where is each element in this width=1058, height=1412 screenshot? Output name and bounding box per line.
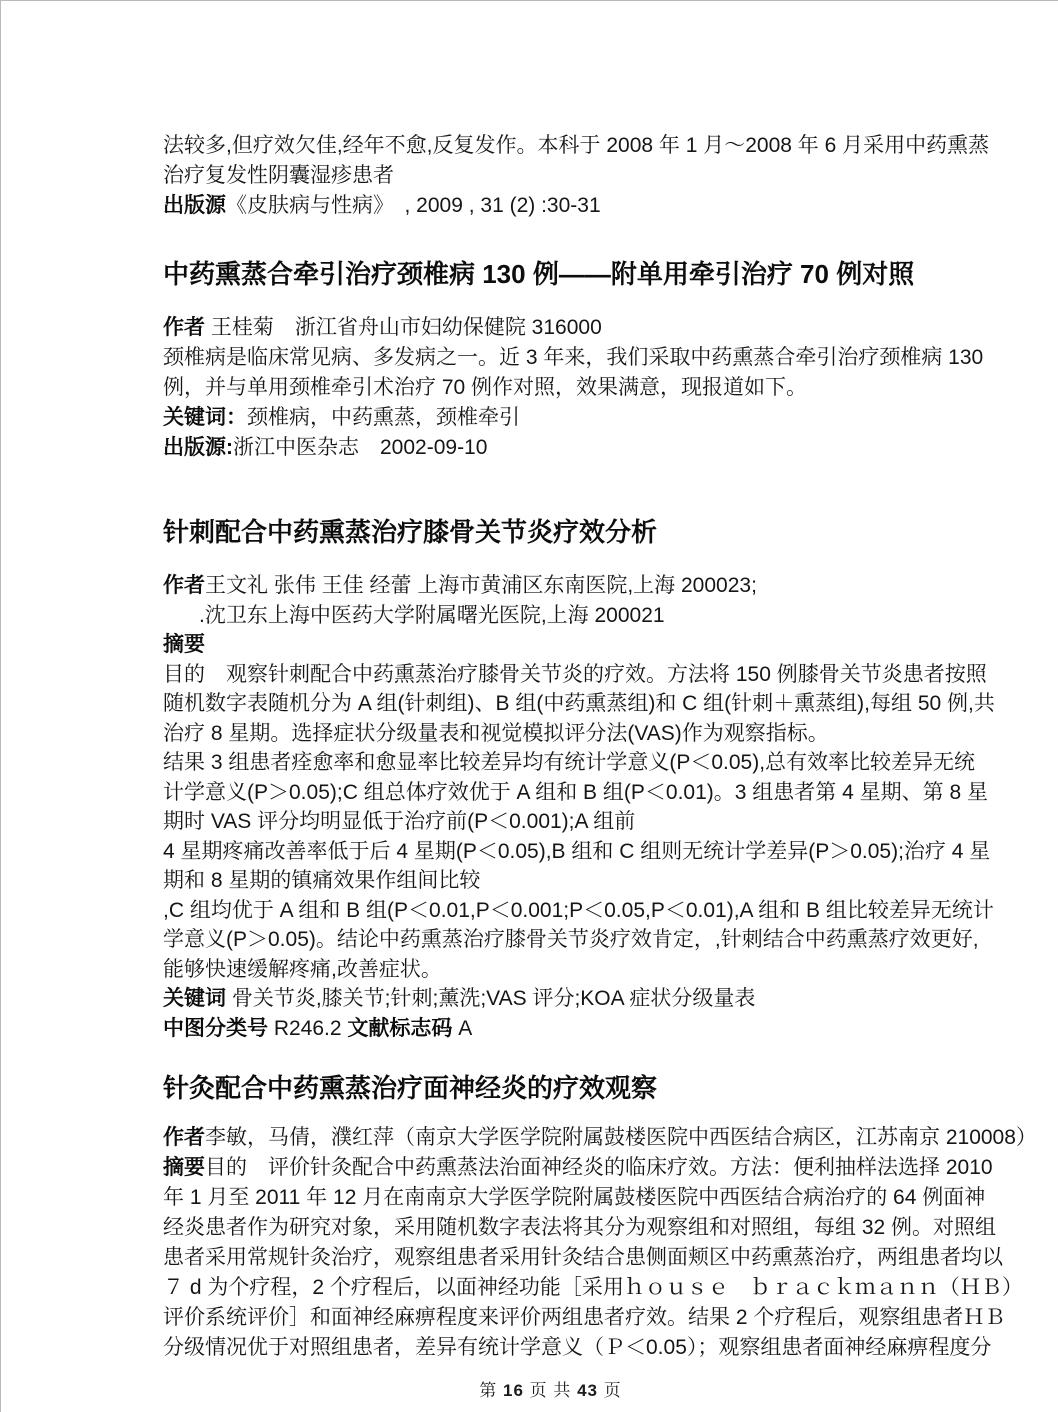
abstract-line: 结果 3 组患者痊愈率和愈显率比较差异均有统计学意义(P＜0.05),总有效率比… — [163, 748, 938, 778]
author-line: 作者 王桂菊 浙江省舟山市妇幼保健院 316000 — [163, 313, 938, 343]
source-line: 出版源:浙江中医杂志 2002-09-10 — [163, 433, 938, 463]
abstract-label-line: 摘要 — [163, 630, 938, 660]
author-value: 李敏，马倩，濮红萍（南京大学医学院附属鼓楼医院中西医结合病区，江苏南京 2100… — [205, 1126, 1037, 1149]
footer-mid: 页 共 — [524, 1381, 577, 1400]
author-value: 王文礼 张伟 王佳 经蕾 上海市黄浦区东南医院,上海 200023; — [205, 574, 757, 597]
article-title: 针刺配合中药熏蒸治疗膝骨关节炎疗效分析 — [163, 513, 938, 551]
source-label: 出版源 — [163, 194, 226, 217]
abstract-line: 摘要目的 评价针灸配合中药熏蒸法治面神经炎的临床疗效。方法：便利抽样法选择 20… — [163, 1153, 938, 1183]
abstract-line: 分级情况优于对照组患者，差异有统计学意义（Ｐ＜0.05）；观察组患者面神经麻痹程… — [163, 1333, 938, 1363]
page-footer: 第 16 页 共 43 页 — [163, 1379, 938, 1403]
abstract-line: ,C 组均优于 A 组和 B 组(P＜0.01,P＜0.001;P＜0.05,P… — [163, 896, 938, 926]
abstract-label: 摘要 — [163, 633, 205, 656]
author-line: 作者李敏，马倩，濮红萍（南京大学医学院附属鼓楼医院中西医结合病区，江苏南京 21… — [163, 1123, 938, 1153]
doc-code-label: 文献标志码 — [347, 1017, 452, 1040]
abstract-line: 年 1 月至 2011 年 12 月在南南京大学医学院附属鼓楼医院中西医结合病治… — [163, 1183, 938, 1213]
article-fragment: 法较多,但疗效欠佳,经年不愈,反复发作。本科于 2008 年 1 月～2008 … — [163, 131, 938, 221]
footer-total-pages: 43 — [577, 1381, 598, 1400]
page-content: 法较多,但疗效欠佳,经年不愈,反复发作。本科于 2008 年 1 月～2008 … — [1, 1, 1058, 1403]
abstract-line: 治疗 8 星期。选择症状分级量表和视觉模拟评分法(VAS)作为观察指标。 — [163, 719, 938, 749]
footer-current-page: 16 — [503, 1381, 524, 1400]
abstract-label: 摘要 — [163, 1156, 205, 1179]
abstract-line: 患者采用常规针灸治疗，观察组患者采用针灸结合患侧面颊区中药熏蒸治疗，两组患者均以 — [163, 1243, 938, 1273]
footer-prefix: 第 — [479, 1381, 503, 1400]
classification-line: 中图分类号 R246.2 文献标志码 A — [163, 1014, 938, 1044]
abstract-line: 计学意义(P＞0.05);C 组总体疗效优于 A 组和 B 组(P＜0.01)。… — [163, 778, 938, 808]
clc-label: 中图分类号 — [163, 1017, 268, 1040]
document-page: { "top_fragment": { "lines": [ "法较多,但疗效欠… — [0, 0, 1058, 1412]
footer-suffix: 页 — [598, 1381, 622, 1400]
source-value: 《皮肤病与性病》 , 2009 , 31 (2) :30-31 — [226, 194, 601, 217]
abstract-line: 随机数字表随机分为 A 组(针刺组)、B 组(中药熏蒸组)和 C 组(针刺＋熏蒸… — [163, 689, 938, 719]
doc-code-value: A — [452, 1017, 472, 1040]
source-label: 出版源: — [163, 436, 233, 459]
source-value: 浙江中医杂志 2002-09-10 — [233, 436, 487, 459]
source-line: 出版源《皮肤病与性病》 , 2009 , 31 (2) :30-31 — [163, 191, 938, 221]
abstract-line: 能够快速缓解疼痛,改善症状。 — [163, 955, 938, 985]
body-line: 例，并与单用颈椎牵引术治疗 70 例作对照，效果满意，现报道如下。 — [163, 373, 938, 403]
abstract-line: ７ d 为个疗程，2 个疗程后，以面神经功能［采用ｈｏｕｓｅ ｂｒａｃｋｍａｎｎ… — [163, 1273, 938, 1303]
author-line-2: .沈卫东上海中医药大学附属曙光医院,上海 200021 — [163, 601, 938, 631]
author-label: 作者 — [163, 574, 205, 597]
article-3: 作者李敏，马倩，濮红萍（南京大学医学院附属鼓楼医院中西医结合病区，江苏南京 21… — [163, 1123, 938, 1363]
abstract-line: 评价系统评价］和面神经麻痹程度来评价两组患者疗效。结果 2 个疗程后，观察组患者… — [163, 1303, 938, 1333]
keywords-label: 关键词： — [163, 406, 247, 429]
abstract-line: 4 星期疼痛改善率低于后 4 星期(P＜0.05),B 组和 C 组则无统计学差… — [163, 837, 938, 867]
article-title: 中药熏蒸合牵引治疗颈椎病 130 例——附单用牵引治疗 70 例对照 — [163, 255, 938, 293]
article-title: 针灸配合中药熏蒸治疗面神经炎的疗效观察 — [163, 1069, 938, 1107]
abstract-line: 学意义(P＞0.05)。结论中药熏蒸治疗膝骨关节炎疗效肯定，,针刺结合中药熏蒸疗… — [163, 925, 938, 955]
keywords-line: 关键词 骨关节炎,膝关节;针刺;薰洗;VAS 评分;KOA 症状分级量表 — [163, 984, 938, 1014]
body-line: 治疗复发性阴囊湿疹患者 — [163, 161, 938, 191]
keywords-value: 骨关节炎,膝关节;针刺;薰洗;VAS 评分;KOA 症状分级量表 — [226, 987, 755, 1010]
author-label: 作者 — [163, 316, 205, 339]
author-line: 作者王文礼 张伟 王佳 经蕾 上海市黄浦区东南医院,上海 200023; — [163, 571, 938, 601]
author-value: 王桂菊 浙江省舟山市妇幼保健院 316000 — [205, 316, 602, 339]
keywords-line: 关键词：颈椎病，中药熏蒸，颈椎牵引 — [163, 403, 938, 433]
clc-value: R246.2 — [268, 1017, 347, 1040]
body-line: 法较多,但疗效欠佳,经年不愈,反复发作。本科于 2008 年 1 月～2008 … — [163, 131, 938, 161]
article-2: 作者王文礼 张伟 王佳 经蕾 上海市黄浦区东南医院,上海 200023; .沈卫… — [163, 571, 938, 1043]
abstract-line: 期时 VAS 评分均明显低于治疗前(P＜0.001);A 组前 — [163, 807, 938, 837]
author-label: 作者 — [163, 1126, 205, 1149]
article-1: 作者 王桂菊 浙江省舟山市妇幼保健院 316000 颈椎病是临床常见病、多发病之… — [163, 313, 938, 463]
abstract-line: 期和 8 星期的镇痛效果作组间比较 — [163, 866, 938, 896]
keywords-value: 颈椎病，中药熏蒸，颈椎牵引 — [247, 406, 520, 429]
abstract-line: 目的 观察针刺配合中药熏蒸治疗膝骨关节炎的疗效。方法将 150 例膝骨关节炎患者… — [163, 660, 938, 690]
keywords-label: 关键词 — [163, 987, 226, 1010]
abstract-line: 经炎患者作为研究对象，采用随机数字表法将其分为观察组和对照组，每组 32 例。对… — [163, 1213, 938, 1243]
body-line: 颈椎病是临床常见病、多发病之一。近 3 年来，我们采取中药熏蒸合牵引治疗颈椎病 … — [163, 343, 938, 373]
abstract-text: 目的 评价针灸配合中药熏蒸法治面神经炎的临床疗效。方法：便利抽样法选择 2010 — [205, 1156, 993, 1179]
